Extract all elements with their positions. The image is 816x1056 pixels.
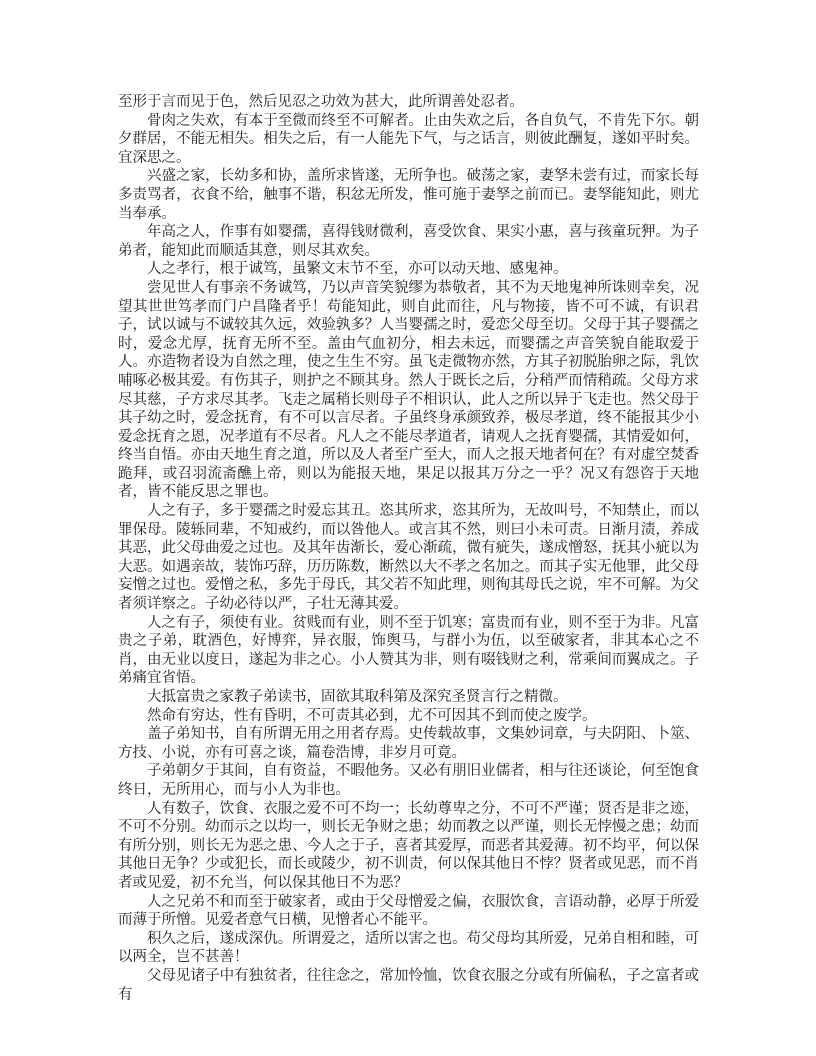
paragraph: 然命有穷达，性有昏明，不可责其必到，尤不可因其不到而使之废学。 xyxy=(118,707,699,726)
paragraph-continuation: 至形于言而见于色，然后见忍之功效为甚大，此所谓善处忍者。 xyxy=(118,93,699,112)
paragraph: 人之兄弟不和而至于破家者，或由于父母憎爱之偏，衣服饮食，言语动静，必厚于所爱而薄… xyxy=(118,893,699,930)
paragraph: 人之有子，多于婴孺之时爱忘其丑。恣其所求，恣其所为，无故叫号，不知禁止，而以罪保… xyxy=(118,502,699,614)
paragraph: 年高之人，作事有如婴孺，喜得钱财微利，喜受饮食、果实小惠，喜与孩童玩狎。为子弟者… xyxy=(118,223,699,260)
document-text-block: 至形于言而见于色，然后见忍之功效为甚大，此所谓善处忍者。 骨肉之失欢，有本于至微… xyxy=(118,93,699,1004)
document-page: 至形于言而见于色，然后见忍之功效为甚大，此所谓善处忍者。 骨肉之失欢，有本于至微… xyxy=(0,0,816,1056)
paragraph: 子弟朝夕于其间，自有资益，不暇他务。又必有朋旧业儒者，相与往还谈论，何至饱食终日… xyxy=(118,762,699,799)
paragraph: 大抵富贵之家教子弟读书，固欲其取科第及深究圣贤言行之精微。 xyxy=(118,688,699,707)
paragraph: 骨肉之失欢，有本于至微而终至不可解者。止由失欢之后，各自负气，不肯先下尔。朝夕群… xyxy=(118,112,699,168)
paragraph: 兴盛之家，长幼多和协，盖所求皆遂，无所争也。破荡之家，妻孥未尝有过，而家长每多责… xyxy=(118,167,699,223)
paragraph: 人之有子，须使有业。贫贱而有业，则不至于饥寒；富贵而有业，则不至于为非。凡富贵之… xyxy=(118,614,699,688)
paragraph: 尝见世人有事亲不务诚笃，乃以声音笑貌缪为恭敬者，其不为天地鬼神所诛则幸矣，况望其… xyxy=(118,279,699,502)
paragraph: 人之孝行，根于诚笃，虽繁文末节不至，亦可以动天地、感鬼神。 xyxy=(118,260,699,279)
paragraph: 人有数子，饮食、衣服之爱不可不均一；长幼尊卑之分，不可不严谨；贤否是非之迹，不可… xyxy=(118,800,699,893)
paragraph-incomplete: 父母见诸子中有独贫者，往往念之，常加怜恤，饮食衣服之分或有所偏私，子之富者或有 xyxy=(118,967,699,1004)
paragraph: 积久之后，遂成深仇。所谓爱之，适所以害之也。苟父母均其所爱，兄弟自相和睦，可以两… xyxy=(118,930,699,967)
paragraph: 盖子弟知书，自有所谓无用之用者存焉。史传载故事，文集妙词章，与夫阴阳、卜筮、方技… xyxy=(118,725,699,762)
